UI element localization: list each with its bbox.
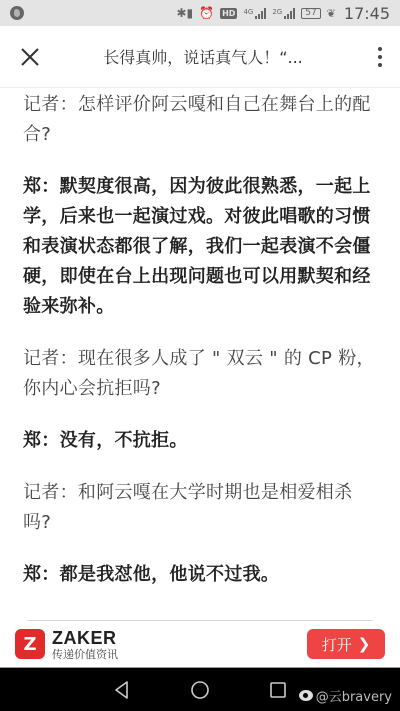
browser-globe-icon — [10, 6, 24, 20]
hd-badge: HD — [220, 8, 237, 19]
top-nav-bar: 长得真帅，说话真气人！“... — [0, 26, 400, 88]
status-bar: ✱▮ ⏰ HD 4G 2G 57 ❦ 17:45 — [0, 0, 400, 26]
article-body: 记者：怎样评价阿云嘎和自己在舞台上的配合? 郑：默契度很高，因为彼此很熟悉，一起… — [0, 88, 400, 618]
weibo-icon — [299, 690, 313, 701]
weibo-watermark: @云bravery — [299, 686, 392, 705]
reporter-question: 记者：和阿云嘎在大学时期也是相爱相杀吗? — [23, 478, 378, 538]
system-navigation-bar: @云bravery — [0, 668, 400, 711]
interviewee-answer: 郑：都是我怼他，他说不过我。 — [23, 560, 378, 590]
open-app-label: 打开 — [322, 634, 352, 655]
chevron-right-icon: ❯ — [358, 635, 371, 653]
interviewee-answer: 郑：没有，不抗拒。 — [23, 426, 378, 456]
home-circle-icon[interactable] — [190, 680, 210, 700]
signal-sim2-icon: 2G — [272, 8, 295, 19]
interviewee-answer: 郑：默契度很高，因为彼此很熟悉，一起上学，后来也一起演过戏。对彼此唱歌的习惯和表… — [23, 172, 378, 322]
close-icon — [20, 47, 40, 67]
signal-sim1-icon: 4G — [243, 8, 266, 19]
bluetooth-vibrate-icon: ✱▮ — [176, 7, 193, 19]
close-button[interactable] — [0, 26, 60, 88]
app-name: ZAKER — [52, 629, 118, 647]
page-title: 长得真帅，说话真气人！“... — [60, 45, 360, 68]
power-saving-leaf-icon: ❦ — [327, 7, 336, 20]
reporter-question: 记者：怎样评价阿云嘎和自己在舞台上的配合? — [23, 90, 378, 150]
reporter-question: 记者：现在很多人成了 " 双云 " 的 CP 粉，你内心会抗拒吗? — [23, 344, 378, 404]
battery-icon: 57 — [301, 8, 320, 19]
open-app-button[interactable]: 打开 ❯ — [307, 629, 385, 659]
zaker-branding: ZAKER 传递价值资讯 — [52, 629, 118, 660]
watermark-text: @云bravery — [316, 686, 392, 705]
more-options-button[interactable] — [360, 26, 400, 88]
recents-square-icon[interactable] — [268, 680, 288, 700]
more-vertical-icon — [378, 47, 382, 51]
alarm-icon: ⏰ — [199, 7, 214, 19]
status-time: 17:45 — [344, 4, 390, 23]
zaker-logo-icon: Z — [15, 629, 45, 659]
status-left — [10, 6, 24, 20]
app-promo-banner[interactable]: Z ZAKER 传递价值资讯 打开 ❯ — [0, 621, 400, 668]
app-slogan: 传递价值资讯 — [52, 649, 118, 660]
back-triangle-icon[interactable] — [112, 680, 132, 700]
status-right: ✱▮ ⏰ HD 4G 2G 57 ❦ 17:45 — [176, 4, 390, 23]
